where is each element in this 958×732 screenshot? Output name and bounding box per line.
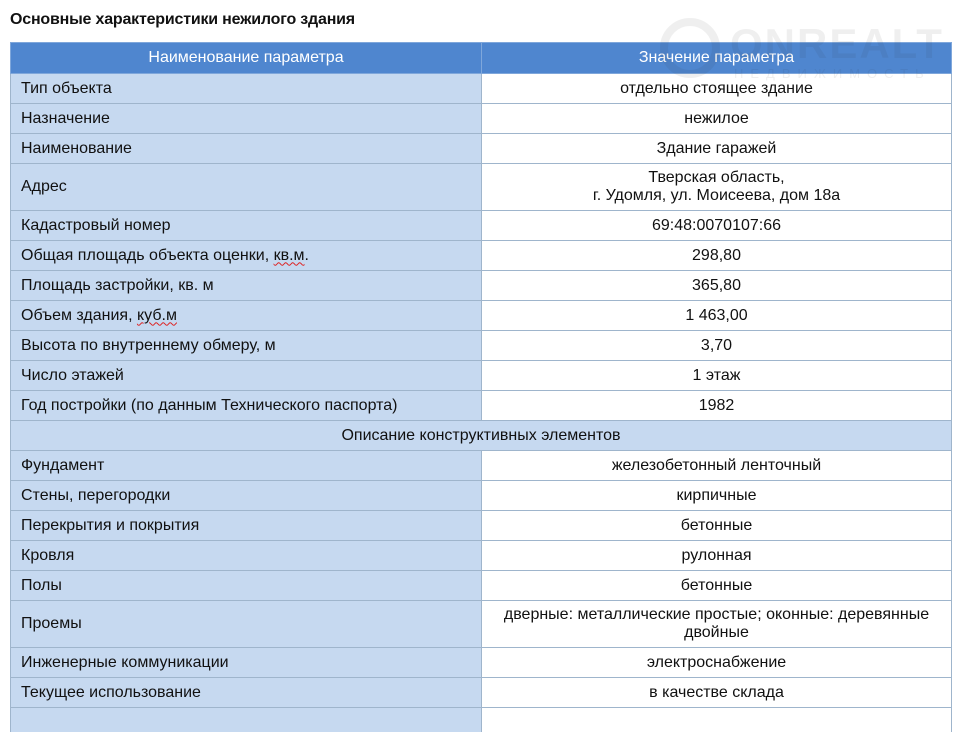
spellcheck-flagged-word: куб.м	[137, 307, 177, 324]
param-name: Стены, перегородки	[11, 481, 482, 511]
param-name-text: Общая площадь объекта оценки,	[21, 247, 274, 264]
table-row: Назначение нежилое	[11, 104, 952, 134]
param-name	[11, 708, 482, 732]
param-value: 365,80	[482, 271, 952, 301]
param-value: бетонные	[482, 511, 952, 541]
param-value: железобетонный ленточный	[482, 451, 952, 481]
table-row: Текущее использование в качестве склада	[11, 678, 952, 708]
table-row: Общая площадь объекта оценки, кв.м. 298,…	[11, 241, 952, 271]
param-value: Здание гаражей	[482, 134, 952, 164]
param-name-text: Объем здания,	[21, 307, 137, 324]
param-name: Кадастровый номер	[11, 211, 482, 241]
param-name-suffix: .	[305, 247, 309, 264]
param-name: Наименование	[11, 134, 482, 164]
spellcheck-flagged-word: кв.м	[274, 247, 305, 264]
param-value: нежилое	[482, 104, 952, 134]
param-name: Общая площадь объекта оценки, кв.м.	[11, 241, 482, 271]
param-value	[482, 708, 952, 732]
param-value: отдельно стоящее здание	[482, 74, 952, 104]
section-title: Описание конструктивных элементов	[11, 421, 952, 451]
param-name: Объем здания, куб.м	[11, 301, 482, 331]
value-line-1: дверные: металлические простые; оконные:…	[492, 606, 941, 624]
table-row: Кровля рулонная	[11, 541, 952, 571]
param-name: Назначение	[11, 104, 482, 134]
param-name: Год постройки (по данным Технического па…	[11, 391, 482, 421]
table-row: Высота по внутреннему обмеру, м 3,70	[11, 331, 952, 361]
param-value: 1 463,00	[482, 301, 952, 331]
param-value: кирпичные	[482, 481, 952, 511]
param-name: Число этажей	[11, 361, 482, 391]
table-row: Объем здания, куб.м 1 463,00	[11, 301, 952, 331]
table-row: Адрес Тверская область, г. Удомля, ул. М…	[11, 164, 952, 211]
param-value-address: Тверская область, г. Удомля, ул. Моисеев…	[482, 164, 952, 211]
table-row-partial	[11, 708, 952, 732]
address-line-1: Тверская область,	[492, 169, 941, 187]
table-row: Полы бетонные	[11, 571, 952, 601]
param-value: 69:48:0070107:66	[482, 211, 952, 241]
table-header-row: Наименование параметра Значение параметр…	[11, 43, 952, 74]
table-row: Кадастровый номер 69:48:0070107:66	[11, 211, 952, 241]
param-name: Полы	[11, 571, 482, 601]
param-value: рулонная	[482, 541, 952, 571]
param-name: Текущее использование	[11, 678, 482, 708]
page-title: Основные характеристики нежилого здания	[10, 11, 355, 29]
address-line-2: г. Удомля, ул. Моисеева, дом 18а	[492, 187, 941, 205]
param-name: Тип объекта	[11, 74, 482, 104]
section-header-row: Описание конструктивных элементов	[11, 421, 952, 451]
param-value: бетонные	[482, 571, 952, 601]
param-name: Проемы	[11, 601, 482, 648]
param-name: Инженерные коммуникации	[11, 648, 482, 678]
table-row: Число этажей 1 этаж	[11, 361, 952, 391]
param-name: Площадь застройки, кв. м	[11, 271, 482, 301]
param-value: 298,80	[482, 241, 952, 271]
param-value-openings: дверные: металлические простые; оконные:…	[482, 601, 952, 648]
table-row: Тип объекта отдельно стоящее здание	[11, 74, 952, 104]
param-name: Кровля	[11, 541, 482, 571]
param-name: Фундамент	[11, 451, 482, 481]
table-row: Перекрытия и покрытия бетонные	[11, 511, 952, 541]
table-row: Стены, перегородки кирпичные	[11, 481, 952, 511]
header-parameter-value: Значение параметра	[482, 43, 952, 74]
param-value: 1982	[482, 391, 952, 421]
param-value: 1 этаж	[482, 361, 952, 391]
table-row: Площадь застройки, кв. м 365,80	[11, 271, 952, 301]
param-name: Адрес	[11, 164, 482, 211]
param-name: Высота по внутреннему обмеру, м	[11, 331, 482, 361]
table-row: Проемы дверные: металлические простые; о…	[11, 601, 952, 648]
table-row: Год постройки (по данным Технического па…	[11, 391, 952, 421]
param-value: в качестве склада	[482, 678, 952, 708]
header-parameter-name: Наименование параметра	[11, 43, 482, 74]
param-value: электроснабжение	[482, 648, 952, 678]
param-value: 3,70	[482, 331, 952, 361]
table-row: Инженерные коммуникации электроснабжение	[11, 648, 952, 678]
characteristics-table: Наименование параметра Значение параметр…	[10, 42, 952, 732]
value-line-2: двойные	[492, 624, 941, 642]
table-row: Фундамент железобетонный ленточный	[11, 451, 952, 481]
param-name: Перекрытия и покрытия	[11, 511, 482, 541]
table-row: Наименование Здание гаражей	[11, 134, 952, 164]
